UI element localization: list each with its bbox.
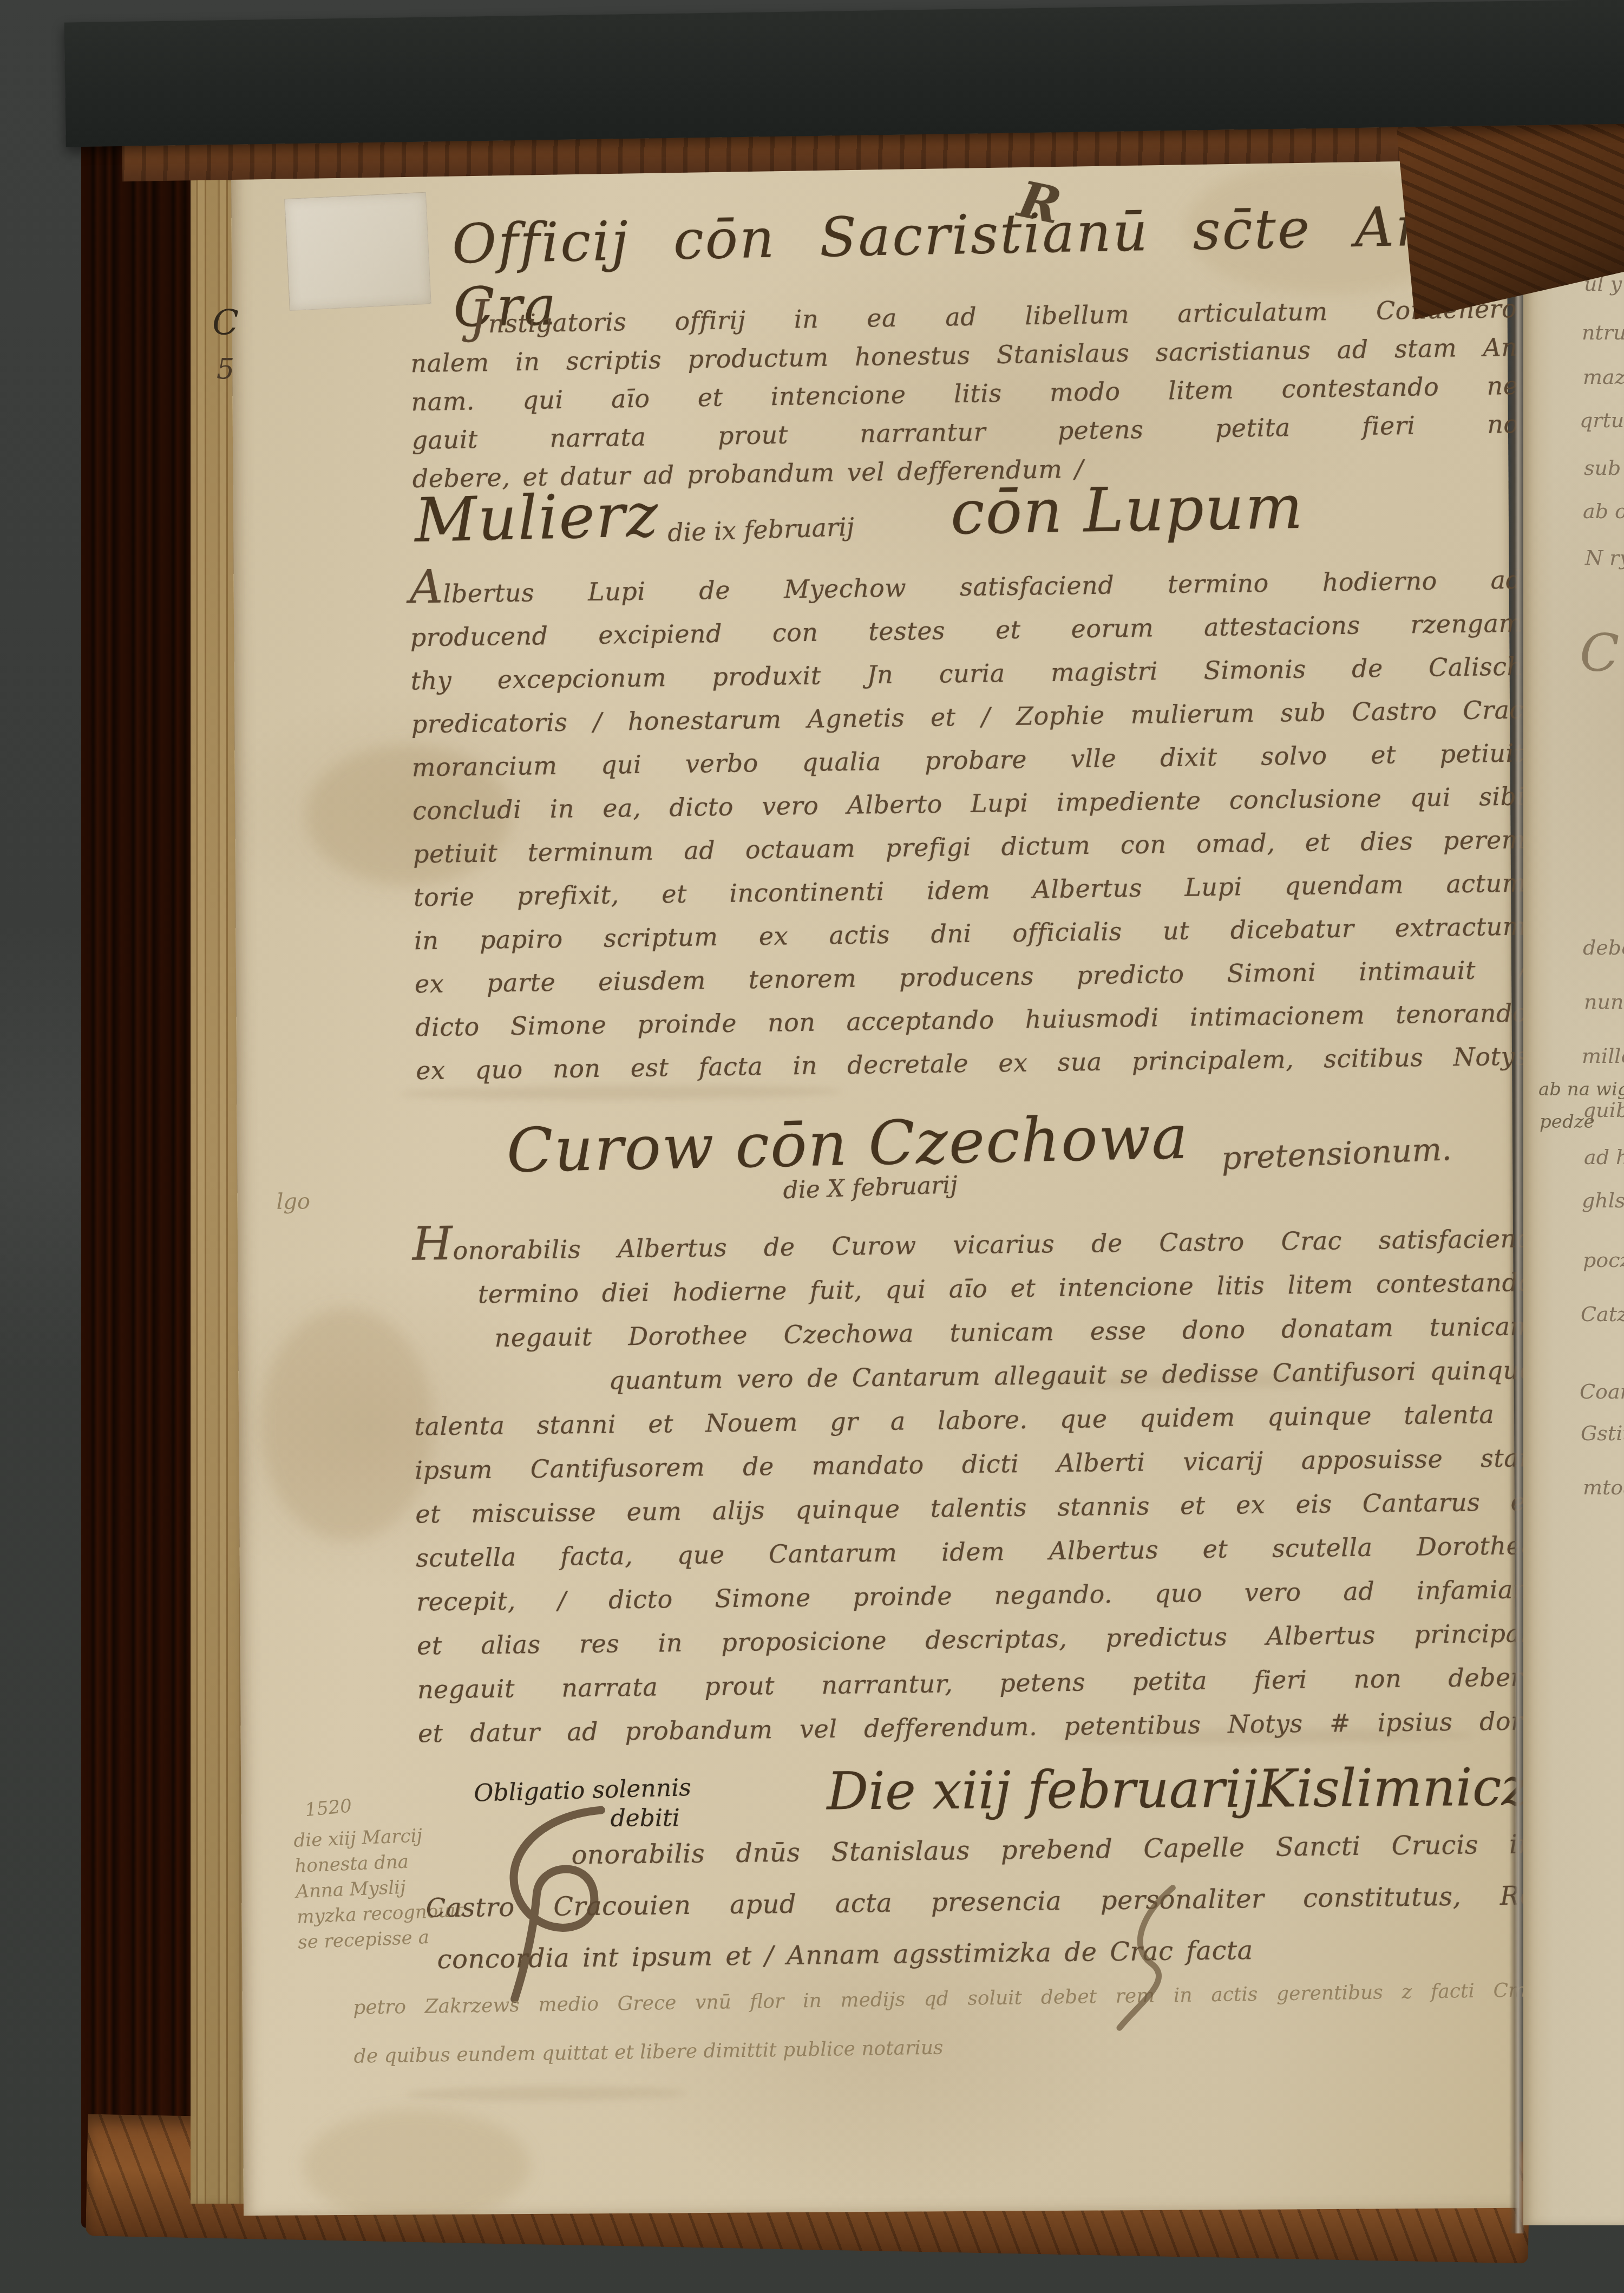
entry2-heading-opponent: cōn Lupum: [950, 472, 1305, 548]
entry2-body: Albertus Lupi de Myechow satisfaciend te…: [409, 558, 1528, 1093]
manuscript-photo: R Officij cōn Sacristianū sc̄te Anne Cra…: [0, 0, 1624, 2293]
leather-spine-left: [81, 43, 198, 2228]
descender-flourish: [1108, 1882, 1190, 2034]
facing-fragment: maze: [1583, 365, 1624, 389]
entry4-faded-lines: petro Zakrzews medio Grece vnū flor in m…: [353, 1966, 1561, 2081]
facing-fragment: mtoa: [1583, 1475, 1624, 1499]
facing-fragment: pocz: [1583, 1248, 1624, 1272]
entry4-heading: Die xiij februarij Kislimniczka: [827, 1757, 1525, 1822]
entry1-body: Jnstigatoris offirij in ea ad libellum a…: [410, 288, 1520, 498]
facing-margin-note: ab na wigon: [1538, 1079, 1624, 1100]
facing-fragment: Catz: [1581, 1302, 1624, 1326]
entry3-heading-parties: Curow cōn Czechowa: [506, 1102, 1189, 1186]
facing-fragment: N ry: [1585, 546, 1624, 570]
manuscript-line-faded: de quibus eundem quittat et libere dimit…: [353, 2021, 1090, 2081]
facing-fragment: nunc: [1584, 990, 1624, 1014]
facing-fragment: mille: [1582, 1044, 1624, 1068]
bleedthrough-line: [405, 2086, 687, 2101]
manuscript-page: R Officij cōn Sacristianū sc̄te Anne Cra…: [231, 77, 1519, 2216]
archival-sticker: [284, 192, 431, 311]
cover-dark-band-top: [64, 0, 1624, 147]
facing-fragment: qrtual: [1580, 408, 1624, 432]
entry4-heading-date: Die xiij februarij: [827, 1759, 1258, 1822]
entry3-margin-note: lgo: [276, 1189, 310, 1214]
facing-fragment: ghls: [1582, 1188, 1624, 1212]
facing-fragment: debet: [1583, 936, 1624, 959]
entry4-body: onorabilis dnūs Stanislaus prebend Capel…: [425, 1819, 1536, 1985]
entry3-body: Honorabilis Albertus de Curow vicarius d…: [412, 1217, 1538, 1755]
edge-letter: C: [212, 303, 239, 343]
facing-fragment: C: [1580, 623, 1619, 683]
facing-fragment: sub (: [1584, 456, 1624, 480]
entry2-heading-party: Mulierz: [414, 480, 659, 556]
facing-page-sliver: ul y ntruf maze qrtual sub ( ab o N ry C…: [1523, 81, 1624, 2225]
entry4-margin-year: 1520: [304, 1793, 353, 1823]
page-gutter: [1509, 76, 1524, 2233]
paper-stain: [303, 2108, 531, 2224]
entry2-heading-date: die ix februarij: [667, 512, 855, 547]
facing-margin-note: pedze: [1540, 1111, 1595, 1133]
paper-stain: [260, 1308, 435, 1541]
entry3-heading-date: die X februarij: [783, 1171, 958, 1204]
entry3-heading-subject: pretensionum.: [1221, 1131, 1452, 1177]
facing-fragment: ad h: [1584, 1145, 1624, 1169]
facing-fragment: Coann: [1580, 1380, 1624, 1403]
facing-fragment: ntruf: [1582, 321, 1624, 344]
facing-fragment: Gstith: [1581, 1421, 1624, 1445]
edge-letter: 5: [217, 353, 234, 386]
facing-fragment: ab o: [1583, 499, 1624, 523]
